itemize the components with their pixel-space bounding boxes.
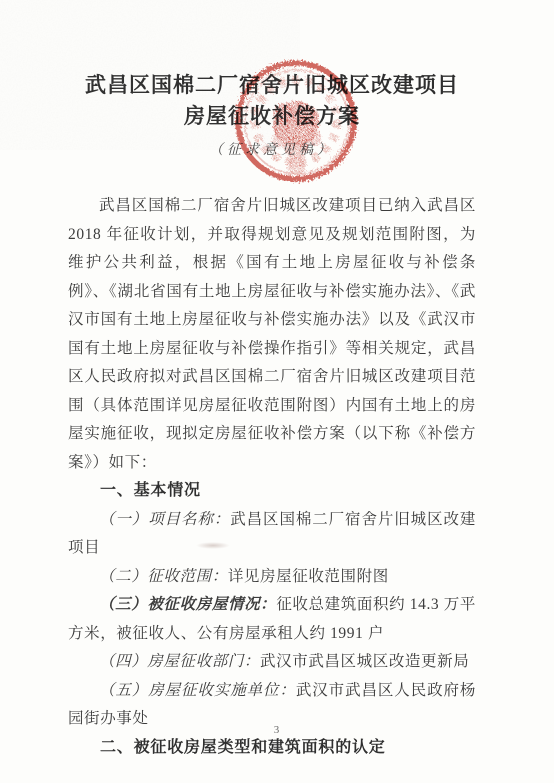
item-4-label: （四）房屋征收部门： bbox=[99, 653, 260, 670]
title-line-2: 房屋征收补偿方案 bbox=[68, 101, 476, 132]
document-subtitle: （征求意见稿） bbox=[68, 139, 476, 159]
item-5-label: （五）房屋征收实施单位： bbox=[99, 682, 296, 699]
document-page: 武昌区国棉二厂宿舍片旧城区改建项目 房屋征收补偿方案 （征求意见稿） 武昌区国棉… bbox=[0, 0, 554, 783]
document-body: 武昌区国棉二厂宿舍片旧城区改建项目已纳入武昌区2018 年征收计划，并取得规划意… bbox=[68, 192, 476, 762]
item-house-situation: （三）被征收房屋情况：征收总建筑面积约 14.3 万平方米，被征收人、公有房屋承… bbox=[68, 591, 476, 648]
item-2-label: （二）征收范围： bbox=[99, 568, 228, 585]
item-expropriation-scope: （二）征收范围：详见房屋征收范围附图 bbox=[68, 563, 476, 592]
item-3-label: （三）被征收房屋情况： bbox=[99, 596, 276, 613]
intro-paragraph: 武昌区国棉二厂宿舍片旧城区改建项目已纳入武昌区2018 年征收计划，并取得规划意… bbox=[68, 192, 476, 477]
section-1-heading: 一、基本情况 bbox=[68, 477, 476, 506]
item-project-name: （一）项目名称：武昌区国棉二厂宿舍片旧城区改建项目 bbox=[68, 506, 476, 563]
page-number: 3 bbox=[0, 724, 554, 736]
document-title: 武昌区国棉二厂宿舍片旧城区改建项目 房屋征收补偿方案 bbox=[68, 70, 476, 132]
document-content: 武昌区国棉二厂宿舍片旧城区改建项目 房屋征收补偿方案 （征求意见稿） 武昌区国棉… bbox=[0, 0, 554, 762]
item-1-label: （一）项目名称： bbox=[99, 511, 230, 528]
item-2-text: 详见房屋征收范围附图 bbox=[228, 568, 389, 585]
title-line-1: 武昌区国棉二厂宿舍片旧城区改建项目 bbox=[68, 70, 476, 101]
item-4-text: 武汉市武昌区城区改造更新局 bbox=[260, 653, 469, 670]
item-expropriation-department: （四）房屋征收部门：武汉市武昌区城区改造更新局 bbox=[68, 648, 476, 677]
section-2-heading: 二、被征收房屋类型和建筑面积的认定 bbox=[68, 734, 476, 763]
